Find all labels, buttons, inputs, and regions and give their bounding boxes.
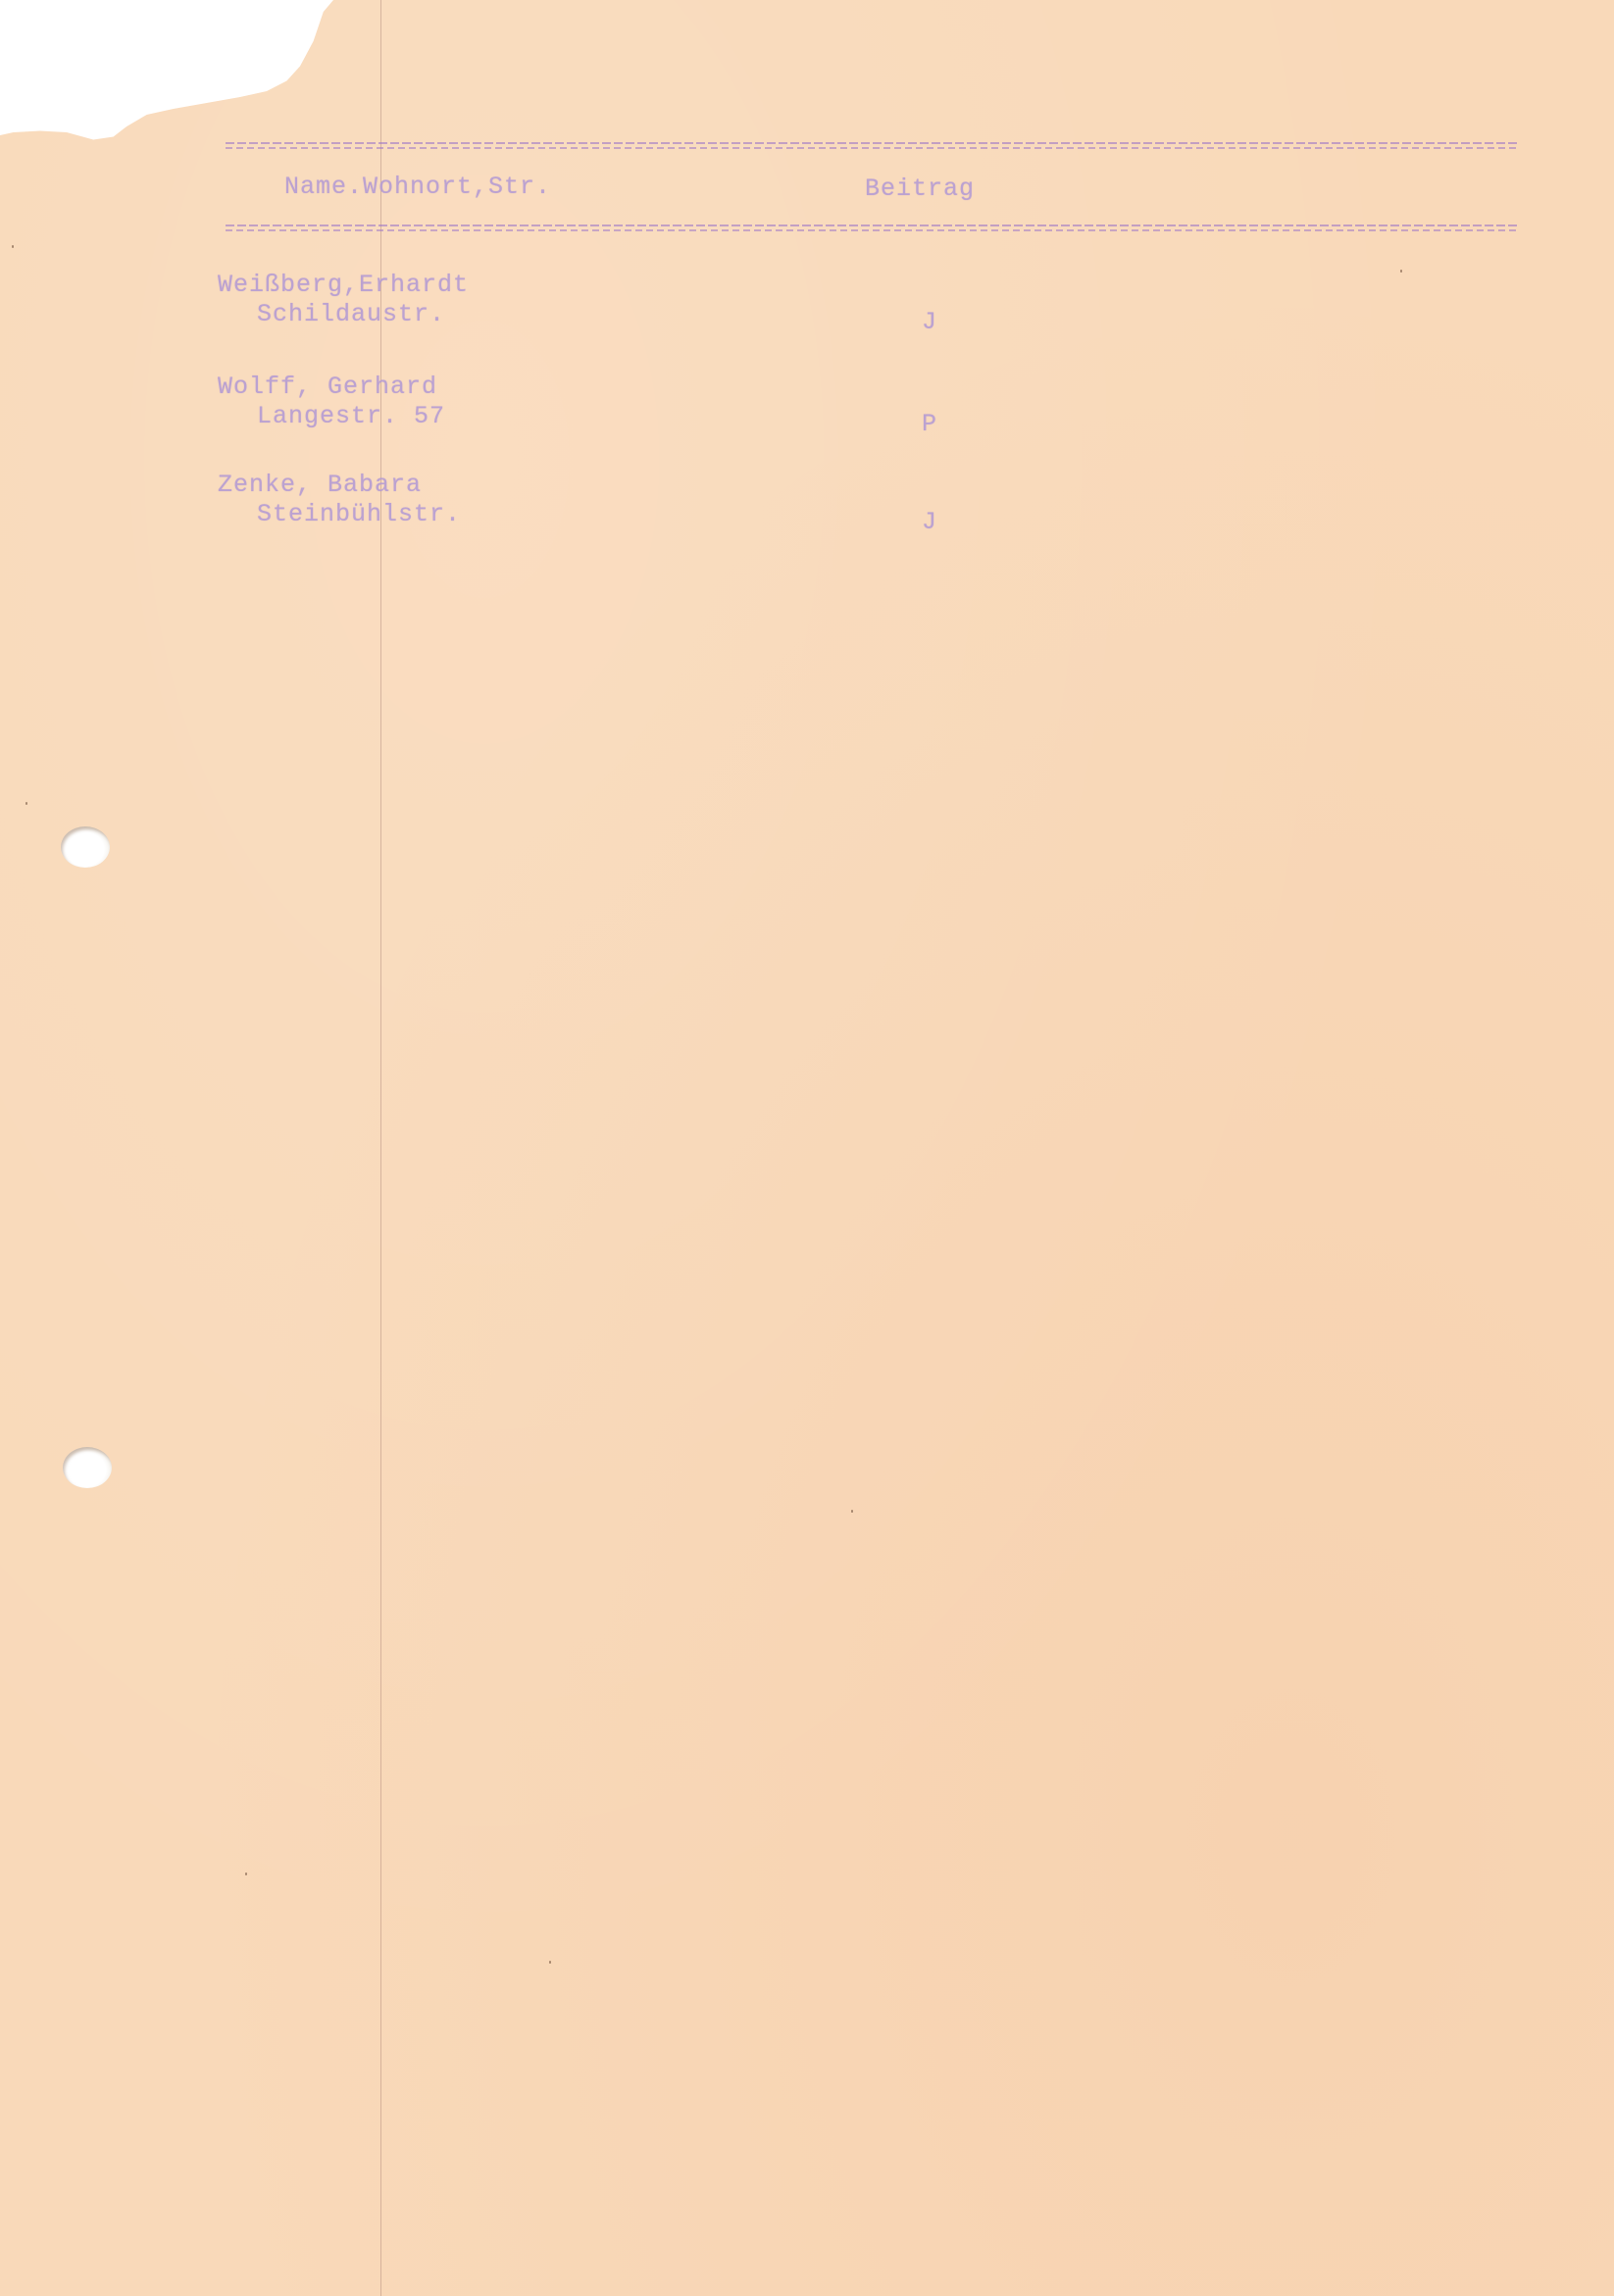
paper-speck: [1400, 270, 1402, 273]
paper-speck: [549, 1961, 551, 1964]
paper-speck: [851, 1510, 853, 1513]
entry-name: Zenke, Babara: [218, 471, 422, 499]
entry-street: Schildaustr.: [257, 300, 445, 328]
entry-name: Wolff, Gerhard: [218, 373, 437, 401]
paper-speck: [25, 802, 27, 805]
entry-beitrag: J: [922, 508, 937, 536]
header-rule-bottom: [226, 225, 1520, 231]
header-rule-top: [226, 142, 1520, 149]
punch-hole: [61, 826, 110, 868]
column-header-name: Name.Wohnort,Str.: [284, 173, 551, 201]
paper-speck: [245, 1872, 247, 1875]
column-header-beitrag: Beitrag: [865, 175, 975, 203]
entry-name: Weißberg,Erhardt: [218, 271, 469, 299]
margin-line: [380, 0, 381, 2296]
paper-sheet: [0, 0, 1614, 2296]
entry-street: Steinbühlstr.: [257, 500, 461, 528]
punch-hole: [63, 1447, 112, 1488]
entry-beitrag: P: [922, 410, 937, 438]
entry-street: Langestr. 57: [257, 402, 445, 430]
paper-speck: [12, 245, 14, 248]
entry-beitrag: J: [922, 308, 937, 336]
